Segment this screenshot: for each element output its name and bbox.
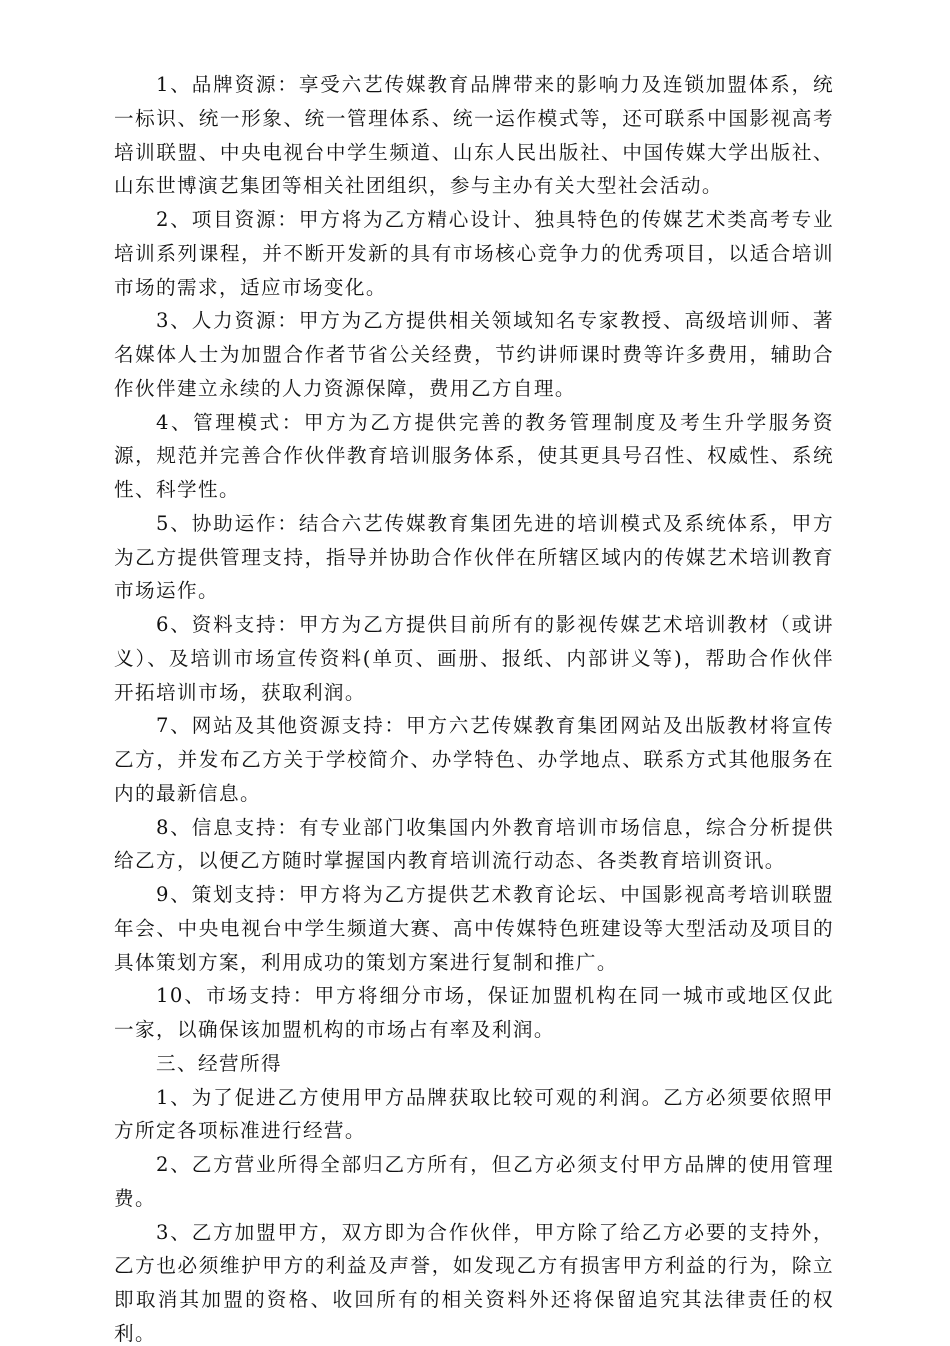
section-heading-business-income: 三、经营所得 <box>114 1047 834 1081</box>
paragraph-market-support: 10、市场支持：甲方将细分市场，保证加盟机构在同一城市或地区仅此一家，以确保该加… <box>114 979 834 1047</box>
paragraph-information-support: 8、信息支持：有专业部门收集国内外教育培训市场信息，综合分析提供给乙方，以便乙方… <box>114 811 834 879</box>
paragraph-operation-assistance: 5、协助运作：结合六艺传媒教育集团先进的培训模式及系统体系，甲方为乙方提供管理支… <box>114 507 834 608</box>
paragraph-income-2: 2、乙方营业所得全部归乙方所有，但乙方必须支付甲方品牌的使用管理费。 <box>114 1148 834 1216</box>
paragraph-brand-resources: 1、品牌资源：享受六艺传媒教育品牌带来的影响力及连锁加盟体系，统一标识、统一形象… <box>114 68 834 203</box>
paragraph-website-support: 7、网站及其他资源支持：甲方六艺传媒教育集团网站及出版教材将宣传乙方，并发布乙方… <box>114 709 834 810</box>
paragraph-planning-support: 9、策划支持：甲方将为乙方提供艺术教育论坛、中国影视高考培训联盟年会、中央电视台… <box>114 878 834 979</box>
paragraph-human-resources: 3、人力资源：甲方为乙方提供相关领域知名专家教授、高级培训师、著名媒体人士为加盟… <box>114 304 834 405</box>
paragraph-income-1: 1、为了促进乙方使用甲方品牌获取比较可观的利润。乙方必须要依照甲方所定各项标准进… <box>114 1081 834 1149</box>
paragraph-management-model: 4、管理模式：甲方为乙方提供完善的教务管理制度及考生升学服务资源，规范并完善合作… <box>114 406 834 507</box>
paragraph-project-resources: 2、项目资源：甲方将为乙方精心设计、独具特色的传媒艺术类高考专业培训系列课程，并… <box>114 203 834 304</box>
paragraph-material-support: 6、资料支持：甲方为乙方提供目前所有的影视传媒艺术培训教材（或讲义）、及培训市场… <box>114 608 834 709</box>
document-page: 1、品牌资源：享受六艺传媒教育品牌带来的影响力及连锁加盟体系，统一标识、统一形象… <box>114 68 834 1346</box>
paragraph-income-3: 3、乙方加盟甲方，双方即为合作伙伴，甲方除了给乙方必要的支持外，乙方也必须维护甲… <box>114 1216 834 1346</box>
